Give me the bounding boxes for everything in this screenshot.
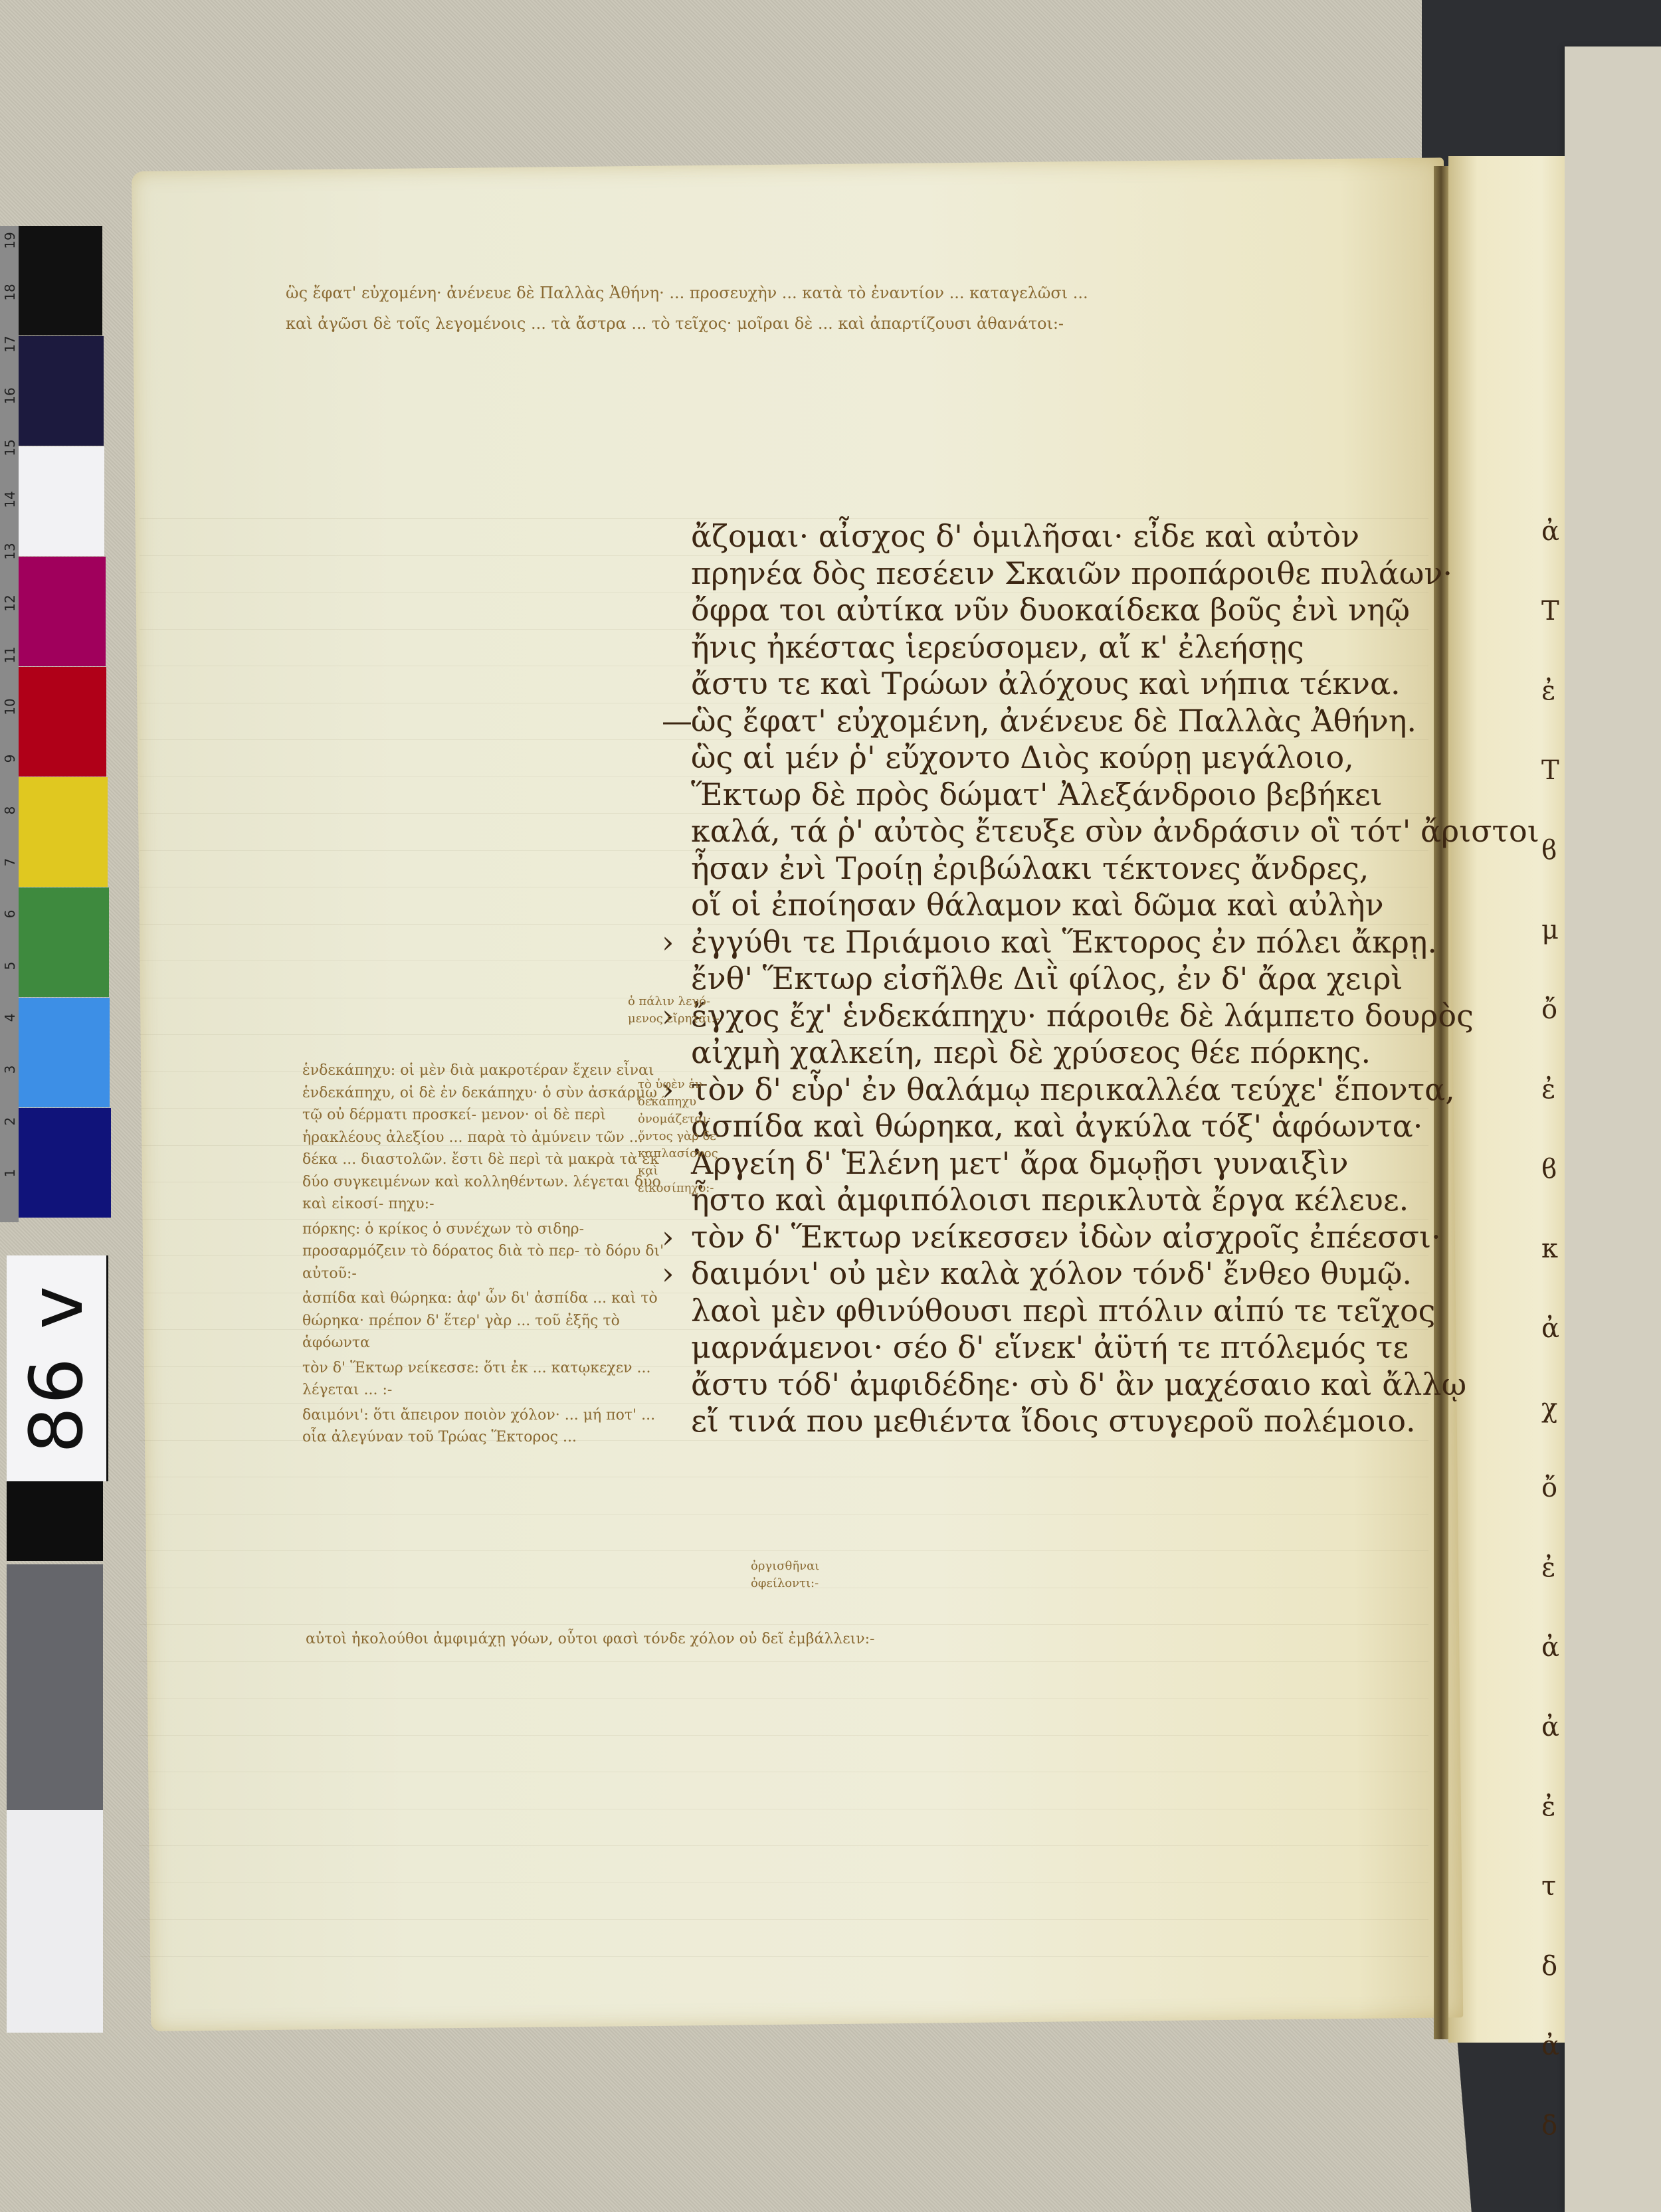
verse-line: ἄστυ τόδ' ἀμφιδέδηε· σὺ δ' ἂν μαχέσαιο κ… bbox=[691, 1366, 1475, 1404]
scholion-lemma: δαιμόνι': bbox=[302, 1407, 373, 1424]
facing-page-glyph: ἀ bbox=[1541, 1289, 1568, 1368]
ruling-line bbox=[140, 1809, 1428, 1809]
verse-line: λαοὶ μὲν φθινύθουσι περὶ πτόλιν αἰπύ τε … bbox=[691, 1293, 1475, 1330]
swatch-blue bbox=[18, 1108, 111, 1218]
ruling-line bbox=[140, 1477, 1428, 1477]
verse-line: ›δαιμόνι' οὐ μὲν καλὰ χόλον τόνδ' ἔνθεο … bbox=[691, 1255, 1475, 1293]
grey-patch-light bbox=[7, 1810, 103, 2033]
grey-scale-strip bbox=[7, 1481, 103, 2033]
facing-page-glyph: ἐ bbox=[1541, 1528, 1568, 1608]
left-scholia: ἑνδεκάπηχυ: οἱ μὲν διὰ μακροτέραν ἔχειν … bbox=[302, 1060, 674, 1451]
swatch-cyan bbox=[17, 998, 110, 1107]
verse-line: μαρνάμενοι· σέο δ' εἵνεκ' ἀϋτή τε πτόλεμ… bbox=[691, 1329, 1475, 1366]
ruler-tick: 10 bbox=[2, 698, 18, 715]
verse-line: ὣς αἱ μέν ῥ' εὔχοντο Διὸς κούρῃ μεγάλοιο… bbox=[691, 739, 1475, 777]
verse-line: εἴ τινά που μεθιέντα ἴδοις στυγεροῦ πολέ… bbox=[691, 1403, 1475, 1440]
ruler-tick: 7 bbox=[2, 854, 18, 871]
verse-line: αἰχμὴ χαλκείη, περὶ δὲ χρύσεος θέε πόρκη… bbox=[691, 1034, 1475, 1071]
ruler-tick: 18 bbox=[2, 284, 18, 301]
ruler-tick: 15 bbox=[2, 439, 18, 456]
verse-text: ἄστυ τε καὶ Τρώων ἀλόχους καὶ νήπια τέκν… bbox=[691, 666, 1401, 701]
verse-text: τὸν δ' εὗρ' ἐν θαλάμῳ περικαλλέα τεύχε' … bbox=[691, 1071, 1455, 1107]
facing-page-glyph: μ bbox=[1541, 890, 1568, 970]
ruling-line bbox=[140, 1772, 1428, 1772]
ruling-line bbox=[140, 1735, 1428, 1736]
top-scholion-line: καὶ ἀγῶσι δὲ τοῖς λεγομένοις ... τὰ ἄστρ… bbox=[286, 308, 1495, 339]
top-scholion: ὣς ἔφατ' εὐχομένη· ἀνένευε δὲ Παλλὰς Ἀθή… bbox=[286, 278, 1495, 339]
verse-line: ›τὸν δ' Ἕκτωρ νείκεσσεν ἰδὼν αἰσχροῖς ἐπ… bbox=[691, 1219, 1475, 1256]
verse-text: εἴ τινά που μεθιέντα ἴδοις στυγεροῦ πολέ… bbox=[691, 1403, 1416, 1439]
facing-page-glyph: δ bbox=[1541, 2086, 1568, 2166]
facing-page-glyph: ὄ bbox=[1541, 1448, 1568, 1528]
interlinear-note: ὁ πάλιν λεγό- μενος εἴρηται:- bbox=[628, 993, 728, 1028]
ruler-tick: 9 bbox=[2, 750, 18, 767]
verse-line: οἵ οἱ ἐποίησαν θάλαμον καὶ δῶμα καὶ αὐλὴ… bbox=[691, 887, 1475, 924]
top-scholion-line: ὣς ἔφατ' εὐχομένη· ἀνένευε δὲ Παλλὰς Ἀθή… bbox=[286, 278, 1495, 308]
verse-text: ἄζομαι· αἶσχος δ' ὁμιλῆσαι· εἶδε καὶ αὐτ… bbox=[691, 518, 1359, 554]
ruler-tick: 11 bbox=[2, 646, 18, 664]
facing-page-glyph: ἐ bbox=[1541, 1767, 1568, 1847]
swatch-white bbox=[11, 446, 104, 556]
scholion: ἑνδεκάπηχυ: οἱ μὲν διὰ μακροτέραν ἔχειν … bbox=[302, 1060, 674, 1216]
scholion-lemma: ἀσπίδα καὶ θώρηκα: bbox=[302, 1290, 457, 1307]
verse-text: ἔνθ' Ἕκτωρ εἰσῆλθε Διῒ φίλος, ἐν δ' ἄρα … bbox=[691, 961, 1403, 996]
verse-text: οἵ οἱ ἐποίησαν θάλαμον καὶ δῶμα καὶ αὐλὴ… bbox=[691, 887, 1384, 923]
verse-text: ὣς αἱ μέν ῥ' εὔχοντο Διὸς κούρῃ μεγάλοιο… bbox=[691, 739, 1354, 775]
facing-page-glyph: ἐ bbox=[1541, 651, 1568, 731]
verse-text: ἄστυ τόδ' ἀμφιδέδηε· σὺ δ' ἂν μαχέσαιο κ… bbox=[691, 1366, 1466, 1402]
verse-text: ὣς ἔφατ' εὐχομένη, ἀνένευε δὲ Παλλὰς Ἀθή… bbox=[691, 703, 1417, 739]
ruling-line bbox=[140, 1956, 1428, 1957]
scholion-lemma: τὸν δ' Ἕκτωρ νείκεσσε: bbox=[302, 1360, 484, 1376]
swatch-black bbox=[9, 226, 102, 335]
verse-line: ἔνθ' Ἕκτωρ εἰσῆλθε Διῒ φίλος, ἐν δ' ἄρα … bbox=[691, 961, 1475, 998]
verse-line: πρηνέα δὸς πεσέειν Σκαιῶν προπάροιθε πυλ… bbox=[691, 555, 1475, 593]
facing-page-text: ἀΤἐΤϐμὄἐϐκἀχὄἐἀἀἐτδἀδ bbox=[1541, 492, 1568, 2166]
scholion: δαιμόνι': ὅτι ἄπειρον ποιὸν χόλον· ... μ… bbox=[302, 1404, 674, 1449]
diple-mark: › bbox=[662, 924, 674, 961]
facing-page-glyph: Τ bbox=[1541, 731, 1568, 810]
scholion: τὸν δ' Ἕκτωρ νείκεσσε: ὅτι ἐκ ... κατῳκε… bbox=[302, 1357, 674, 1402]
ruler-tick: 13 bbox=[2, 543, 18, 560]
verse-line: ἦσαν ἐνὶ Τροίῃ ἐριβώλακι τέκτονες ἄνδρες… bbox=[691, 850, 1475, 887]
facing-page-glyph: ὄ bbox=[1541, 970, 1568, 1050]
facing-page-glyph: ἐ bbox=[1541, 1050, 1568, 1129]
verse-line: καλά, τά ῥ' αὐτὸς ἔτευξε σὺν ἀνδράσιν οἳ… bbox=[691, 813, 1475, 850]
scholion-lemma: ἑνδεκάπηχυ: bbox=[302, 1062, 400, 1079]
facing-page-glyph: ἀ bbox=[1541, 492, 1568, 571]
grey-patch-black bbox=[7, 1481, 103, 1561]
verse-line: ὄφρα τοι αὐτίκα νῦν δυοκαίδεκα βοῦς ἐνὶ … bbox=[691, 592, 1475, 629]
verse-text: ἐγγύθι τε Πριάμοιο καὶ Ἕκτορος ἐν πόλει … bbox=[691, 924, 1437, 960]
swatch-green bbox=[16, 887, 109, 997]
verse-text: ἧστο καὶ ἀμφιπόλοισι περικλυτὰ ἔργα κέλε… bbox=[691, 1182, 1409, 1218]
verse-line: ›ἔγχος ἔχ' ἑνδεκάπηχυ· πάροιθε δὲ λάμπετ… bbox=[691, 998, 1475, 1035]
verse-text: Ἀργείη δ' Ἑλένη μετ' ἄρα δμῳῇσι γυναιξὶν bbox=[691, 1145, 1348, 1181]
folio-label: 86 v bbox=[7, 1255, 108, 1481]
swatch-navy bbox=[11, 336, 104, 446]
bottom-scholion: αὐτοὶ ἠκολούθοι ἀμφιμάχῃ γόων, οὗτοι φασ… bbox=[306, 1631, 874, 1647]
verse-line: —ὣς ἔφατ' εὐχομένη, ἀνένευε δὲ Παλλὰς Ἀθ… bbox=[691, 703, 1475, 740]
ruler-tick: 8 bbox=[2, 802, 18, 819]
verse-text: καλά, τά ῥ' αὐτὸς ἔτευξε σὺν ἀνδράσιν οἳ… bbox=[691, 813, 1539, 849]
ruling-line bbox=[140, 1514, 1428, 1515]
scholion: πόρκης: ὁ κρίκος ὁ συνέχων τὸ σιδηρ- προ… bbox=[302, 1218, 674, 1285]
diple-mark: — bbox=[662, 703, 692, 740]
flyleaf bbox=[1565, 46, 1661, 2212]
scholion: ἀσπίδα καὶ θώρηκα: ἀφ' ὧν δι' ἀσπίδα ...… bbox=[302, 1287, 674, 1354]
ruler-tick: 3 bbox=[2, 1061, 18, 1078]
ruling-line bbox=[140, 1550, 1428, 1551]
facing-page-glyph: Τ bbox=[1541, 571, 1568, 651]
facing-page-glyph: δ bbox=[1541, 1926, 1568, 2006]
verse-line: Ἀργείη δ' Ἑλένη μετ' ἄρα δμῳῇσι γυναιξὶν bbox=[691, 1145, 1475, 1182]
facing-page-glyph: χ bbox=[1541, 1368, 1568, 1448]
facing-page-glyph: ἀ bbox=[1541, 1687, 1568, 1767]
facing-page-glyph: ἀ bbox=[1541, 2006, 1568, 2086]
ruling-line bbox=[140, 1845, 1428, 1846]
ruler-tick: 6 bbox=[2, 905, 18, 923]
verse-line: Ἕκτωρ δὲ πρὸς δώματ' Ἀλεξάνδροιο βεβήκει bbox=[691, 777, 1475, 814]
ruler-tick: 19 bbox=[2, 232, 18, 249]
ruler-tick: 17 bbox=[2, 335, 18, 353]
ruler-tick: 12 bbox=[2, 595, 18, 612]
swatch-red bbox=[13, 667, 106, 777]
centimeter-ruler: 19181716151413121110987654321 bbox=[0, 226, 19, 1222]
ruler-tick: 5 bbox=[2, 957, 18, 974]
verse-text: Ἕκτωρ δὲ πρὸς δώματ' Ἀλεξάνδροιο βεβήκει bbox=[691, 777, 1383, 812]
ruling-line bbox=[140, 1883, 1428, 1883]
verse-text: τὸν δ' Ἕκτωρ νείκεσσεν ἰδὼν αἰσχροῖς ἐπέ… bbox=[691, 1219, 1441, 1255]
verse-text: λαοὶ μὲν φθινύθουσι περὶ πτόλιν αἰπύ τε … bbox=[691, 1293, 1435, 1329]
verse-text: δαιμόνι' οὐ μὲν καλὰ χόλον τόνδ' ἔνθεο θ… bbox=[691, 1255, 1412, 1291]
verse-line: ›ἐγγύθι τε Πριάμοιο καὶ Ἕκτορος ἐν πόλει… bbox=[691, 924, 1475, 961]
facing-page-glyph: ϐ bbox=[1541, 1129, 1568, 1209]
verse-line: ›τὸν δ' εὗρ' ἐν θαλάμῳ περικαλλέα τεύχε'… bbox=[691, 1071, 1475, 1109]
verse-line: ἤνις ἠκέστας ἱερεύσομεν, αἴ κ' ἐλεήσῃς bbox=[691, 629, 1475, 666]
folio-number: 86 v bbox=[14, 1283, 99, 1453]
ruling-line bbox=[140, 1698, 1428, 1699]
facing-page-glyph: κ bbox=[1541, 1209, 1568, 1289]
verse-text: ἔγχος ἔχ' ἑνδεκάπηχυ· πάροιθε δὲ λάμπετο… bbox=[691, 998, 1474, 1034]
facing-page-glyph: ἀ bbox=[1541, 1608, 1568, 1687]
verse-line: ἄζομαι· αἶσχος δ' ὁμιλῆσαι· εἶδε καὶ αὐτ… bbox=[691, 518, 1475, 555]
main-text-block: ἄζομαι· αἶσχος δ' ὁμιλῆσαι· εἶδε καὶ αὐτ… bbox=[691, 518, 1475, 1440]
scholion-lemma: πόρκης: bbox=[302, 1221, 365, 1238]
swatch-yellow bbox=[15, 777, 108, 887]
facing-page-glyph: ϐ bbox=[1541, 810, 1568, 890]
swatch-magenta bbox=[13, 557, 106, 666]
verse-line: ἧστο καὶ ἀμφιπόλοισι περικλυτὰ ἔργα κέλε… bbox=[691, 1182, 1475, 1219]
verse-text: ἦσαν ἐνὶ Τροίῃ ἐριβώλακι τέκτονες ἄνδρες… bbox=[691, 850, 1369, 886]
ruler-tick: 4 bbox=[2, 1009, 18, 1026]
verse-text: ἀσπίδα καὶ θώρηκα, καὶ ἀγκύλα τόξ' ἁφόων… bbox=[691, 1108, 1422, 1144]
verse-line: ἄστυ τε καὶ Τρώων ἀλόχους καὶ νήπια τέκν… bbox=[691, 666, 1475, 703]
ruling-line bbox=[140, 1661, 1428, 1662]
ruler-tick: 2 bbox=[2, 1113, 18, 1130]
ruling-line bbox=[140, 1919, 1428, 1920]
facing-page-glyph: τ bbox=[1541, 1847, 1568, 1926]
verse-text: ὄφρα τοι αὐτίκα νῦν δυοκαίδεκα βοῦς ἐνὶ … bbox=[691, 592, 1410, 628]
ruler-tick: 1 bbox=[2, 1164, 18, 1182]
verse-text: ἤνις ἠκέστας ἱερεύσομεν, αἴ κ' ἐλεήσῃς bbox=[691, 629, 1304, 665]
interlinear-note: ὀργισθῆναι ὀφείλοντι:- bbox=[751, 1558, 824, 1592]
scholion-text: οἱ μὲν διὰ μακροτέραν ἔχειν εἶναι ἑνδεκά… bbox=[302, 1062, 661, 1212]
ruler-tick: 14 bbox=[2, 491, 18, 508]
grey-patch-mid-grey bbox=[7, 1564, 103, 1810]
verse-text: πρηνέα δὸς πεσέειν Σκαιῶν προπάροιθε πυλ… bbox=[691, 555, 1452, 591]
ruling-line bbox=[140, 1624, 1428, 1625]
ruler-tick: 16 bbox=[2, 387, 18, 405]
verse-text: αἰχμὴ χαλκείη, περὶ δὲ χρύσεος θέε πόρκη… bbox=[691, 1034, 1371, 1070]
verse-line: ἀσπίδα καὶ θώρηκα, καὶ ἀγκύλα τόξ' ἁφόων… bbox=[691, 1108, 1475, 1145]
verse-text: μαρνάμενοι· σέο δ' εἵνεκ' ἀϋτή τε πτόλεμ… bbox=[691, 1329, 1409, 1365]
